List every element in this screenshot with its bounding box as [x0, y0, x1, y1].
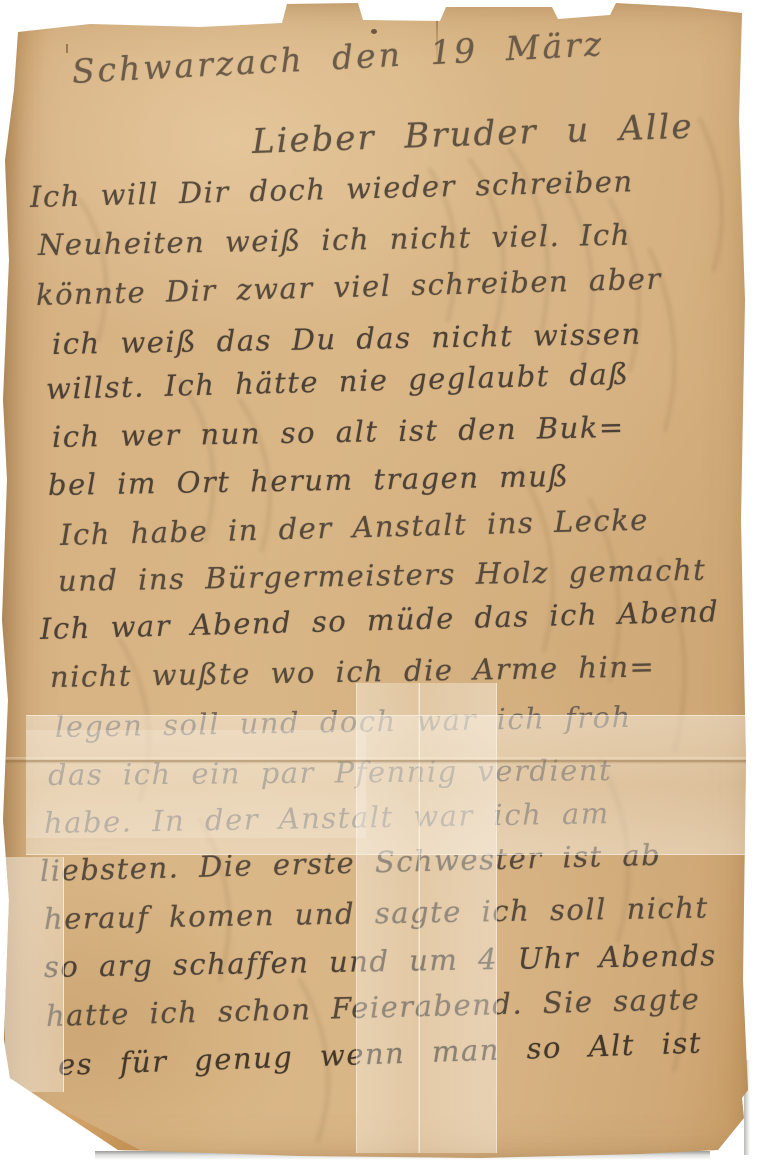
tape-horizontal-band-overlap — [26, 730, 366, 838]
tape-left-edge-strip — [5, 857, 64, 1092]
paper-mark-speck — [66, 44, 68, 53]
scanned-letter: Schwarzach den 19 März Lieber Bruder u A… — [0, 0, 760, 1171]
paper-hole-speck — [371, 29, 377, 34]
horizontal-fold-crease — [0, 757, 760, 764]
tape-vertical-strip-1 — [356, 683, 420, 1153]
vertical-crease-top — [436, 14, 438, 66]
letter-paper: Schwarzach den 19 März Lieber Bruder u A… — [0, 0, 760, 1171]
tape-vertical-strip-2 — [418, 683, 497, 1153]
